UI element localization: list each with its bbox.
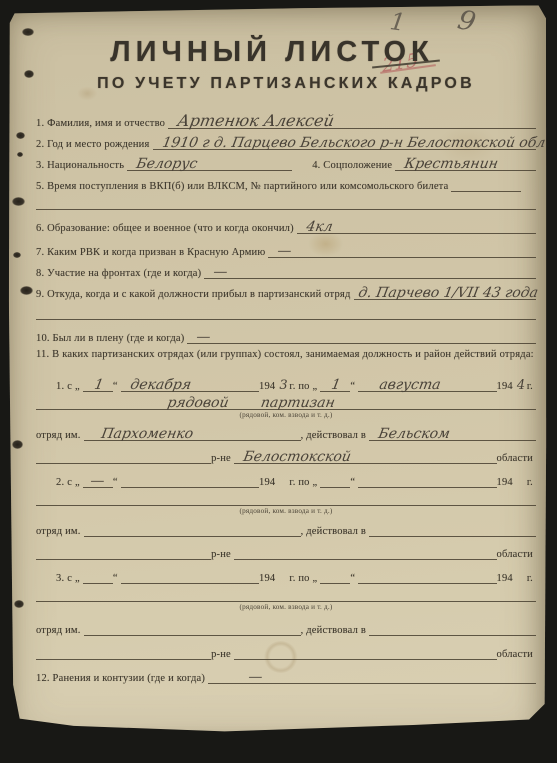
handwritten-district: Белостокской xyxy=(242,449,352,465)
entry-1-to-month-line: августа xyxy=(358,377,496,392)
field-fronts-line: — xyxy=(204,264,536,279)
field-education-line: 4кл xyxy=(297,219,536,234)
detachment-label: отряд им. xyxy=(36,625,84,636)
acted-label: , действовал в xyxy=(301,625,369,636)
field-arrival: 9. Откуда, когда и с какой должности при… xyxy=(36,280,536,300)
handwritten-social: Крестьянин xyxy=(403,156,499,172)
year-prefix: 194 xyxy=(497,381,516,392)
quote-mark: “ xyxy=(350,573,358,584)
handwritten-year-digit: 3 xyxy=(279,378,288,393)
blank-line xyxy=(36,645,211,660)
field-birth-line: 1910 г д. Парцево Бельского р-н Белосток… xyxy=(153,135,536,150)
field-wounds: 12. Ранения и контузии (где и когда) — xyxy=(36,661,536,684)
hole-punch-mark xyxy=(20,286,33,295)
entry-1-district-line: Белостокской xyxy=(234,449,497,464)
service-entry-1-district: р-не Белостокской области xyxy=(36,442,536,464)
from-label: с „ xyxy=(67,381,83,392)
field-captivity-label: 10. Был ли в плену (где и когда) xyxy=(36,333,187,344)
quote-mark: “ xyxy=(113,477,121,488)
field-party: 5. Время поступления в ВКП(б) или ВЛКСМ,… xyxy=(36,172,536,192)
year-suffix: г. xyxy=(527,381,536,392)
field-party-line xyxy=(451,177,521,192)
entry-2-to-day-line xyxy=(320,473,350,488)
entry-3-to-month-line xyxy=(358,569,496,584)
service-entry-3-position: (рядовой, ком. взвода и т. д.) xyxy=(36,586,536,611)
handwritten-arrival: д. Парчево 1/VII 43 года xyxy=(357,285,539,301)
entry-2-district-line xyxy=(234,545,497,560)
field-social-label: 4. Соцположение xyxy=(312,160,395,171)
field-education: 6. Образование: общее и военное (что и к… xyxy=(36,214,536,234)
entry-1-number: 1. xyxy=(56,381,67,392)
entry-1-to-day-line: 1 xyxy=(320,377,350,392)
position-line: рядовой партизан xyxy=(36,394,536,410)
quote-mark: “ xyxy=(113,573,121,584)
handwritten-to-month: августа xyxy=(378,377,442,393)
entry-3-to-day-line xyxy=(320,569,350,584)
entry-2-acted-line xyxy=(369,522,536,537)
field-fronts: 8. Участие на фронтах (где и когда) — xyxy=(36,259,536,279)
field-nationality-line: Белорус xyxy=(127,156,292,171)
handwritten-dash: — xyxy=(276,243,293,259)
oblast-label: области xyxy=(497,649,537,660)
detachment-label: отряд им. xyxy=(36,526,84,537)
hole-punch-mark xyxy=(12,197,25,206)
position-line xyxy=(36,586,536,602)
service-entry-1-position: рядовой партизан (рядовой, ком. взвода и… xyxy=(36,394,536,419)
hole-punch-mark xyxy=(24,70,34,78)
field-rvk: 7. Каким РВК и когда призван в Красную А… xyxy=(36,235,536,258)
field-birth-label: 2. Год и место рождения xyxy=(36,139,153,150)
field-rvk-label: 7. Каким РВК и когда призван в Красную А… xyxy=(36,247,268,258)
hole-punch-mark xyxy=(13,252,21,258)
service-entry-3-dates: 3. с „ “ 194 г. по „ “ 194 г. xyxy=(36,561,536,584)
acted-label: , действовал в xyxy=(301,526,369,537)
document-title: ЛИЧНЫЙ ЛИСТОК xyxy=(36,36,508,69)
quote-mark: “ xyxy=(350,381,358,392)
field-surname-label: 1. Фамилия, имя и отчество xyxy=(36,118,168,129)
field-arrival-line: д. Парчево 1/VII 43 года xyxy=(354,285,537,300)
field-rvk-line: — xyxy=(268,243,536,258)
rank-caption: (рядовой, ком. взвода и т. д.) xyxy=(36,411,536,419)
rank-caption: (рядовой, ком. взвода и т. д.) xyxy=(36,507,536,515)
entry-3-from-day-line xyxy=(83,569,113,584)
field-nationality-label: 3. Национальность xyxy=(36,160,127,171)
service-entry-2-dates: 2. с „ — “ 194 г. по „ “ 194 г. xyxy=(36,465,536,488)
handwritten-surname: Артенюк Алексей xyxy=(176,111,336,130)
handwritten-from-day: 1 xyxy=(93,377,105,393)
handwritten-education: 4кл xyxy=(305,219,334,235)
district-label: р-не xyxy=(211,549,234,560)
to-label: г. по „ xyxy=(289,477,320,488)
to-label: г. по „ xyxy=(289,381,320,392)
service-entry-1-dates: 1. с „ 1 “ декабря 194 3 г. по „ 1 “ авг… xyxy=(36,369,536,392)
field-arrival-continuation xyxy=(36,301,536,320)
entry-1-from-day-line: 1 xyxy=(83,377,113,392)
hole-punch-mark xyxy=(22,28,34,36)
detachment-label: отряд им. xyxy=(36,430,84,441)
handwritten-dash: — xyxy=(247,669,264,685)
field-captivity-line: — xyxy=(187,329,536,344)
hole-punch-mark xyxy=(12,440,23,449)
to-label: г. по „ xyxy=(289,573,320,584)
service-entry-3-detachment: отряд им. , действовал в xyxy=(36,613,536,636)
handwritten-from-day: — xyxy=(89,473,106,489)
handwritten-detachment: Пархоменко xyxy=(100,426,195,442)
entry-3-acted-line xyxy=(369,621,536,636)
field-surname-line: Артенюк Алексей xyxy=(168,114,536,129)
entry-3-number: 3. xyxy=(56,573,67,584)
position-line xyxy=(36,490,536,506)
handwritten-birth: 1910 г д. Парцево Бельского р-н Белосток… xyxy=(161,135,547,151)
form-content: ЛИЧНЫЙ ЛИСТОК ПО УЧЕТУ ПАРТИЗАНСКИХ КАДР… xyxy=(36,36,536,685)
oblast-label: области xyxy=(497,453,537,464)
from-label: с „ xyxy=(67,573,83,584)
blank-line xyxy=(36,305,536,320)
service-entry-2-detachment: отряд им. , действовал в xyxy=(36,517,536,537)
handwritten-from-month: декабря xyxy=(129,377,192,393)
entry-1-detachment-line: Пархоменко xyxy=(84,426,301,441)
year-prefix: 194 xyxy=(259,573,278,584)
hole-punch-mark xyxy=(17,152,23,157)
entry-3-from-month-line xyxy=(121,569,259,584)
entry-2-detachment-line xyxy=(84,522,301,537)
handwritten-position: рядовой партизан xyxy=(166,395,336,411)
field-party-continuation xyxy=(36,193,536,210)
rank-caption: (рядовой, ком. взвода и т. д.) xyxy=(36,603,536,611)
handwritten-year-digit: 4 xyxy=(517,378,526,393)
blank-line xyxy=(36,449,211,464)
blank-line xyxy=(36,195,536,210)
entry-3-district-line xyxy=(234,645,497,660)
entry-1-acted-line: Бельском xyxy=(369,426,536,441)
handwritten-dash: — xyxy=(212,264,229,280)
handwritten-nationality: Белорус xyxy=(135,156,199,172)
service-entry-2-district: р-не области xyxy=(36,538,536,560)
year-prefix: 194 xyxy=(497,573,516,584)
quote-mark: “ xyxy=(113,381,121,392)
field-social-line: Крестьянин xyxy=(395,156,536,171)
entry-2-number: 2. xyxy=(56,477,67,488)
quote-mark: “ xyxy=(350,477,358,488)
entry-3-detachment-line xyxy=(84,621,301,636)
document-subtitle: ПО УЧЕТУ ПАРТИЗАНСКИХ КАДРОВ xyxy=(36,75,536,93)
field-nationality-social: 3. Национальность Белорус 4. Соцположени… xyxy=(36,151,536,171)
oblast-label: области xyxy=(497,549,537,560)
district-label: р-не xyxy=(211,453,234,464)
entry-2-to-month-line xyxy=(358,473,496,488)
year-suffix: г. xyxy=(527,573,536,584)
district-label: р-не xyxy=(211,649,234,660)
year-prefix: 194 xyxy=(259,381,278,392)
entry-2-from-month-line xyxy=(121,473,259,488)
year-prefix: 194 xyxy=(497,477,516,488)
field-party-label: 5. Время поступления в ВКП(б) или ВЛКСМ,… xyxy=(36,181,451,192)
year-suffix: г. xyxy=(527,477,536,488)
entry-2-from-day-line: — xyxy=(83,473,113,488)
service-entry-3-district: р-не области xyxy=(36,637,536,660)
service-entry-2-position: (рядовой, ком. взвода и т. д.) xyxy=(36,490,536,515)
field-captivity: 10. Был ли в плену (где и когда) — xyxy=(36,324,536,344)
hole-punch-mark xyxy=(14,600,24,608)
field-wounds-label: 12. Ранения и контузии (где и когда) xyxy=(36,673,208,684)
acted-label: , действовал в xyxy=(301,430,369,441)
field-surname: 1. Фамилия, имя и отчество Артенюк Алекс… xyxy=(36,109,536,129)
year-prefix: 194 xyxy=(259,477,278,488)
service-entry-1-detachment: отряд им. Пархоменко , действовал в Бель… xyxy=(36,421,536,441)
hole-punch-mark xyxy=(16,132,25,139)
handwritten-acted: Бельском xyxy=(377,426,451,442)
handwritten-to-day: 1 xyxy=(330,377,342,393)
handwritten-dash: — xyxy=(195,329,212,345)
from-label: с „ xyxy=(67,477,83,488)
entry-1-from-month-line: декабря xyxy=(121,377,259,392)
field-wounds-line: — xyxy=(208,669,536,684)
field-arrival-label: 9. Откуда, когда и с какой должности при… xyxy=(36,289,354,300)
field-detachments-label: 11. В каких партизанских отрядах (или гр… xyxy=(36,347,536,363)
field-birth: 2. Год и место рождения 1910 г д. Парцев… xyxy=(36,130,536,150)
blank-line xyxy=(36,545,211,560)
field-education-label: 6. Образование: общее и военное (что и к… xyxy=(36,223,297,234)
field-fronts-label: 8. Участие на фронтах (где и когда) xyxy=(36,268,204,279)
